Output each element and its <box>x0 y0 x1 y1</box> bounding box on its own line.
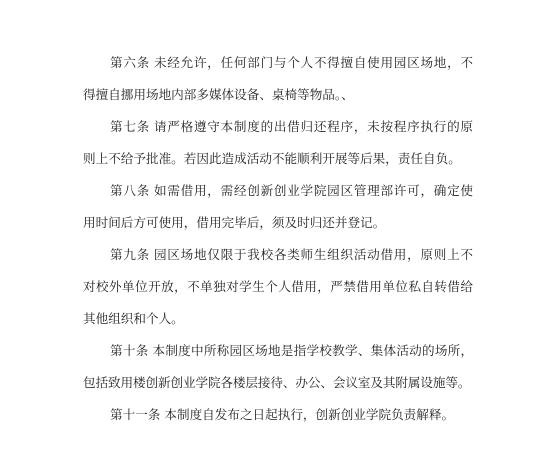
article-line: 则上不给予批准。若因此造成活动不能顺利开展等后果，责任自负。 <box>83 143 473 175</box>
article-line: 第七条请严格遵守本制度的出借归还程序，未按程序执行的原 <box>83 111 473 143</box>
article-label: 第七条 <box>110 119 150 134</box>
article-7: 第七条请严格遵守本制度的出借归还程序，未按程序执行的原 则上不给予批准。若因此造… <box>83 111 473 175</box>
article-text: 未经允许，任何部门与个人不得擅自使用园区场地，不 <box>154 55 473 70</box>
document-body: 第六条未经允许，任何部门与个人不得擅自使用园区场地，不 得擅自挪用场地内部多媒体… <box>83 47 473 431</box>
article-line: 第十条本制度中所称园区场地是指学校教学、集体活动的场所， <box>83 335 473 367</box>
article-line: 其他组织和个人。 <box>83 303 473 335</box>
article-line: 第六条未经允许，任何部门与个人不得擅自使用园区场地，不 <box>83 47 473 79</box>
article-line: 第九条园区场地仅限于我校各类师生组织活动借用，原则上不 <box>83 239 473 271</box>
article-line: 对校外单位开放，不单独对学生个人借用，严禁借用单位私自转借给 <box>83 271 473 303</box>
article-6: 第六条未经允许，任何部门与个人不得擅自使用园区场地，不 得擅自挪用场地内部多媒体… <box>83 47 473 111</box>
article-label: 第九条 <box>110 247 150 262</box>
article-10: 第十条本制度中所称园区场地是指学校教学、集体活动的场所， 包括致用楼创新创业学院… <box>83 335 473 399</box>
article-text: 请严格遵守本制度的出借归还程序，未按程序执行的原 <box>154 119 473 134</box>
article-11: 第十一条本制度自发布之日起执行，创新创业学院负责解释。 <box>83 399 473 431</box>
article-text: 园区场地仅限于我校各类师生组织活动借用，原则上不 <box>154 247 473 262</box>
article-label: 第六条 <box>110 55 150 70</box>
article-text: 如需借用，需经创新创业学院园区管理部许可，确定使 <box>154 183 473 198</box>
document-page: 第六条未经允许，任何部门与个人不得擅自使用园区场地，不 得擅自挪用场地内部多媒体… <box>0 0 553 454</box>
article-9: 第九条园区场地仅限于我校各类师生组织活动借用，原则上不 对校外单位开放，不单独对… <box>83 239 473 335</box>
article-line: 用时间后方可使用，借用完毕后，须及时归还并登记。 <box>83 207 473 239</box>
article-label: 第八条 <box>110 183 150 198</box>
article-8: 第八条如需借用，需经创新创业学院园区管理部许可，确定使 用时间后方可使用，借用完… <box>83 175 473 239</box>
article-line: 第八条如需借用，需经创新创业学院园区管理部许可，确定使 <box>83 175 473 207</box>
article-text: 本制度中所称园区场地是指学校教学、集体活动的场所， <box>153 343 473 358</box>
article-line: 得擅自挪用场地内部多媒体设备、桌椅等物品。、 <box>83 79 473 111</box>
article-text: 本制度自发布之日起执行，创新创业学院负责解释。 <box>164 407 454 422</box>
article-line: 第十一条本制度自发布之日起执行，创新创业学院负责解释。 <box>83 399 473 431</box>
article-label: 第十条 <box>110 343 149 358</box>
article-label: 第十一条 <box>110 407 160 422</box>
article-line: 包括致用楼创新创业学院各楼层接待、办公、会议室及其附属设施等。 <box>83 367 473 399</box>
